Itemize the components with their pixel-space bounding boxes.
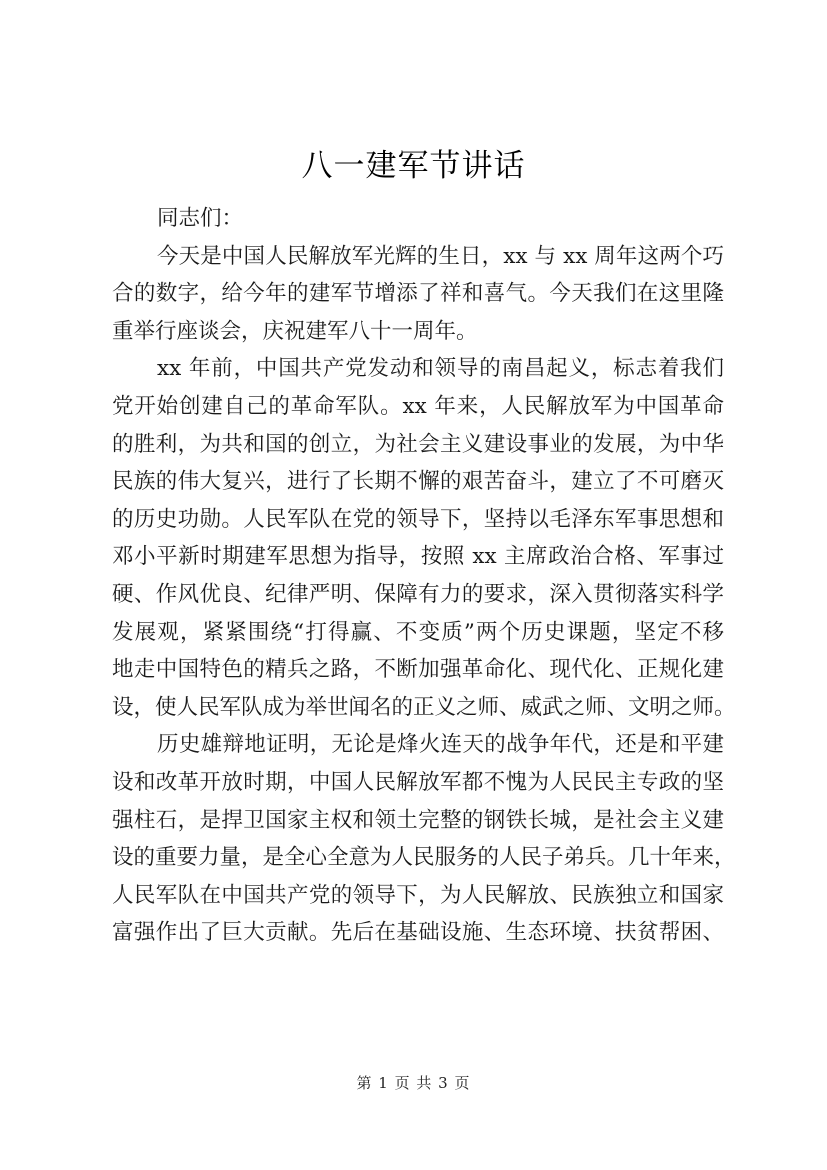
- document-title: 八一建军节讲话: [0, 146, 827, 186]
- paragraph-line: 强柱石，是捍卫国家主权和领土完整的钢铁长城，是社会主义建: [112, 802, 724, 840]
- paragraph-line: 的胜利，为共和国的创立，为社会主义建设事业的发展，为中华: [112, 426, 724, 464]
- salutation: 同志们：: [112, 200, 724, 238]
- paragraph-line: 人民军队在中国共产党的领导下，为人民解放、民族独立和国家: [112, 877, 724, 915]
- paragraph-line: 历史雄辩地证明，无论是烽火连天的战争年代，还是和平建: [112, 726, 724, 764]
- paragraph-line: 硬、作风优良、纪律严明、保障有力的要求，深入贯彻落实科学: [112, 576, 724, 614]
- paragraph-line: xx 年前，中国共产党发动和领导的南昌起义，标志着我们: [112, 350, 724, 388]
- paragraph-line: 设和改革开放时期，中国人民解放军都不愧为人民民主专政的坚: [112, 764, 724, 802]
- document-body: 同志们： 今天是中国人民解放军光辉的生日，xx 与 xx 周年这两个巧 合的数字…: [112, 200, 724, 952]
- paragraph-line: 设的重要力量，是全心全意为人民服务的人民子弟兵。几十年来，: [112, 839, 724, 877]
- paragraph-line: 党开始创建自己的革命军队。xx 年来，人民解放军为中国革命: [112, 388, 724, 426]
- page-indicator: 第 1 页 共 3 页: [0, 1073, 827, 1093]
- paragraph-3: 历史雄辩地证明，无论是烽火连天的战争年代，还是和平建 设和改革开放时期，中国人民…: [112, 726, 724, 952]
- paragraph-line: 合的数字，给今年的建军节增添了祥和喜气。今天我们在这里隆: [112, 275, 724, 313]
- document-page: 八一建军节讲话 同志们： 今天是中国人民解放军光辉的生日，xx 与 xx 周年这…: [0, 0, 827, 1170]
- paragraph-line: 民族的伟大复兴，进行了长期不懈的艰苦奋斗，建立了不可磨灭: [112, 463, 724, 501]
- paragraph-line: 发展观，紧紧围绕“打得赢、不变质”两个历史课题，坚定不移: [112, 614, 724, 652]
- paragraph-line: 今天是中国人民解放军光辉的生日，xx 与 xx 周年这两个巧: [112, 238, 724, 276]
- paragraph-1: 今天是中国人民解放军光辉的生日，xx 与 xx 周年这两个巧 合的数字，给今年的…: [112, 238, 724, 351]
- paragraph-2: xx 年前，中国共产党发动和领导的南昌起义，标志着我们 党开始创建自己的革命军队…: [112, 350, 724, 726]
- paragraph-line: 重举行座谈会，庆祝建军八十一周年。: [112, 313, 724, 351]
- paragraph-line: 邓小平新时期建军思想为指导，按照 xx 主席政治合格、军事过: [112, 538, 724, 576]
- paragraph-line: 设，使人民军队成为举世闻名的正义之师、威武之师、文明之师。: [112, 689, 724, 727]
- paragraph-line: 的历史功勋。人民军队在党的领导下，坚持以毛泽东军事思想和: [112, 501, 724, 539]
- paragraph-line: 富强作出了巨大贡献。先后在基础设施、生态环境、扶贫帮困、: [112, 914, 724, 952]
- paragraph-line: 地走中国特色的精兵之路，不断加强革命化、现代化、正规化建: [112, 651, 724, 689]
